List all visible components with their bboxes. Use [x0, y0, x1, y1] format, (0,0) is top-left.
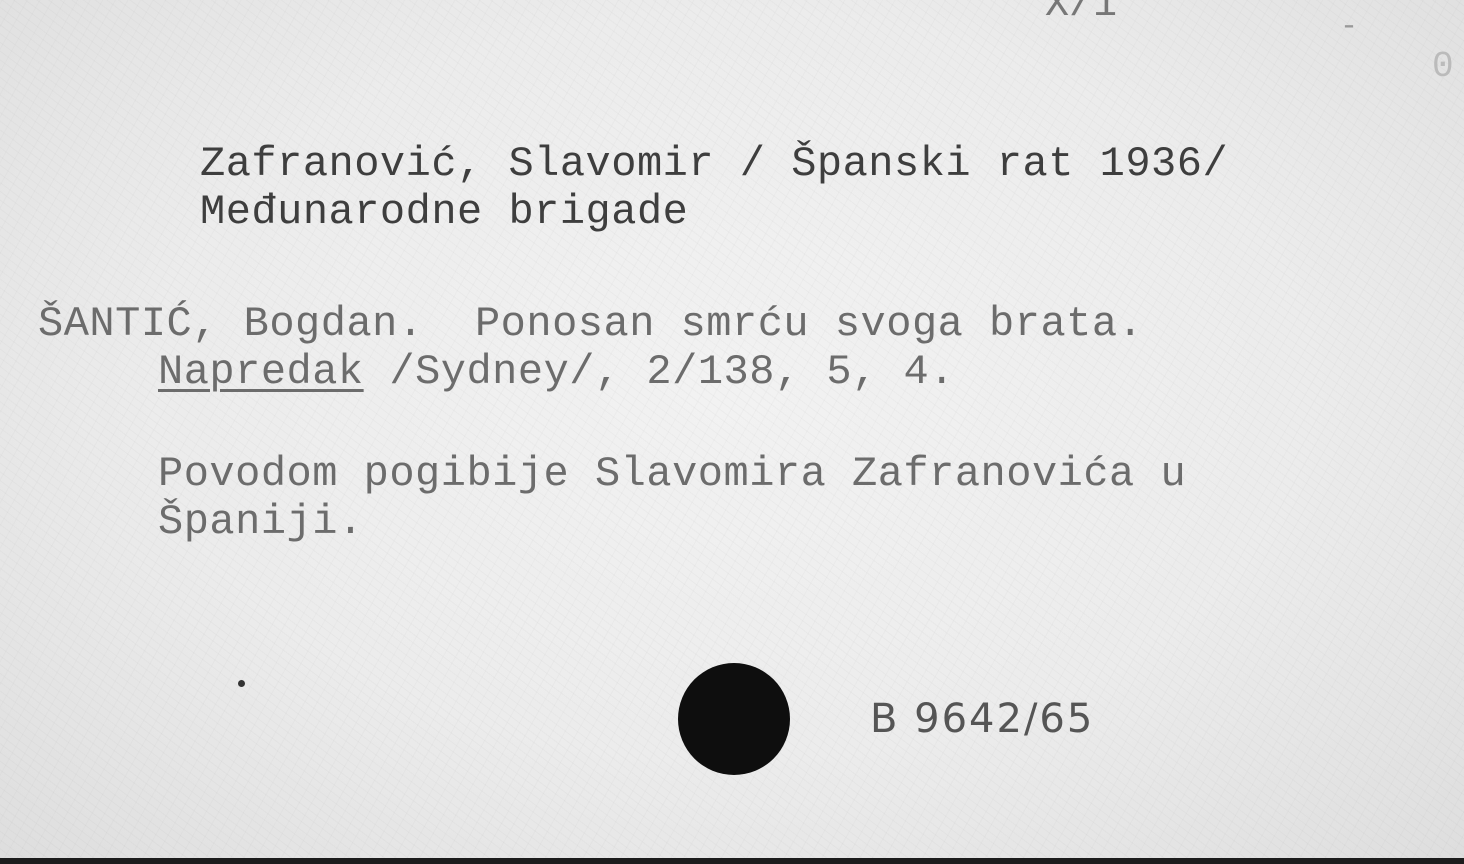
- subject-heading-line1: Zafranović, Slavomir / Španski rat 1936/: [200, 140, 1228, 188]
- publication-place: /Sydney/: [389, 348, 595, 396]
- catalog-card: X/1 - 0 Zafranović, Slavomir / Španski r…: [0, 0, 1464, 864]
- speck-mark: [238, 680, 245, 687]
- publication-details: , 2/138, 5, 4.: [595, 348, 955, 396]
- top-mark: X/1: [1045, 0, 1117, 26]
- entry-author-title: ŠANTIĆ, Bogdan. Ponosan smrću svoga brat…: [38, 300, 1143, 348]
- dash-mark: -: [1340, 10, 1358, 44]
- shelfmark: B 9642/65: [870, 696, 1094, 742]
- corner-mark: 0: [1432, 46, 1454, 87]
- punch-hole: [678, 663, 790, 775]
- annotation-line2: Španiji.: [158, 498, 364, 546]
- annotation-line1: Povodom pogibije Slavomira Zafranovića u: [158, 450, 1186, 498]
- subject-heading-line2: Međunarodne brigade: [200, 188, 688, 236]
- entry-publication: Napredak /Sydney/, 2/138, 5, 4.: [158, 348, 955, 396]
- publication-name: Napredak: [158, 348, 364, 396]
